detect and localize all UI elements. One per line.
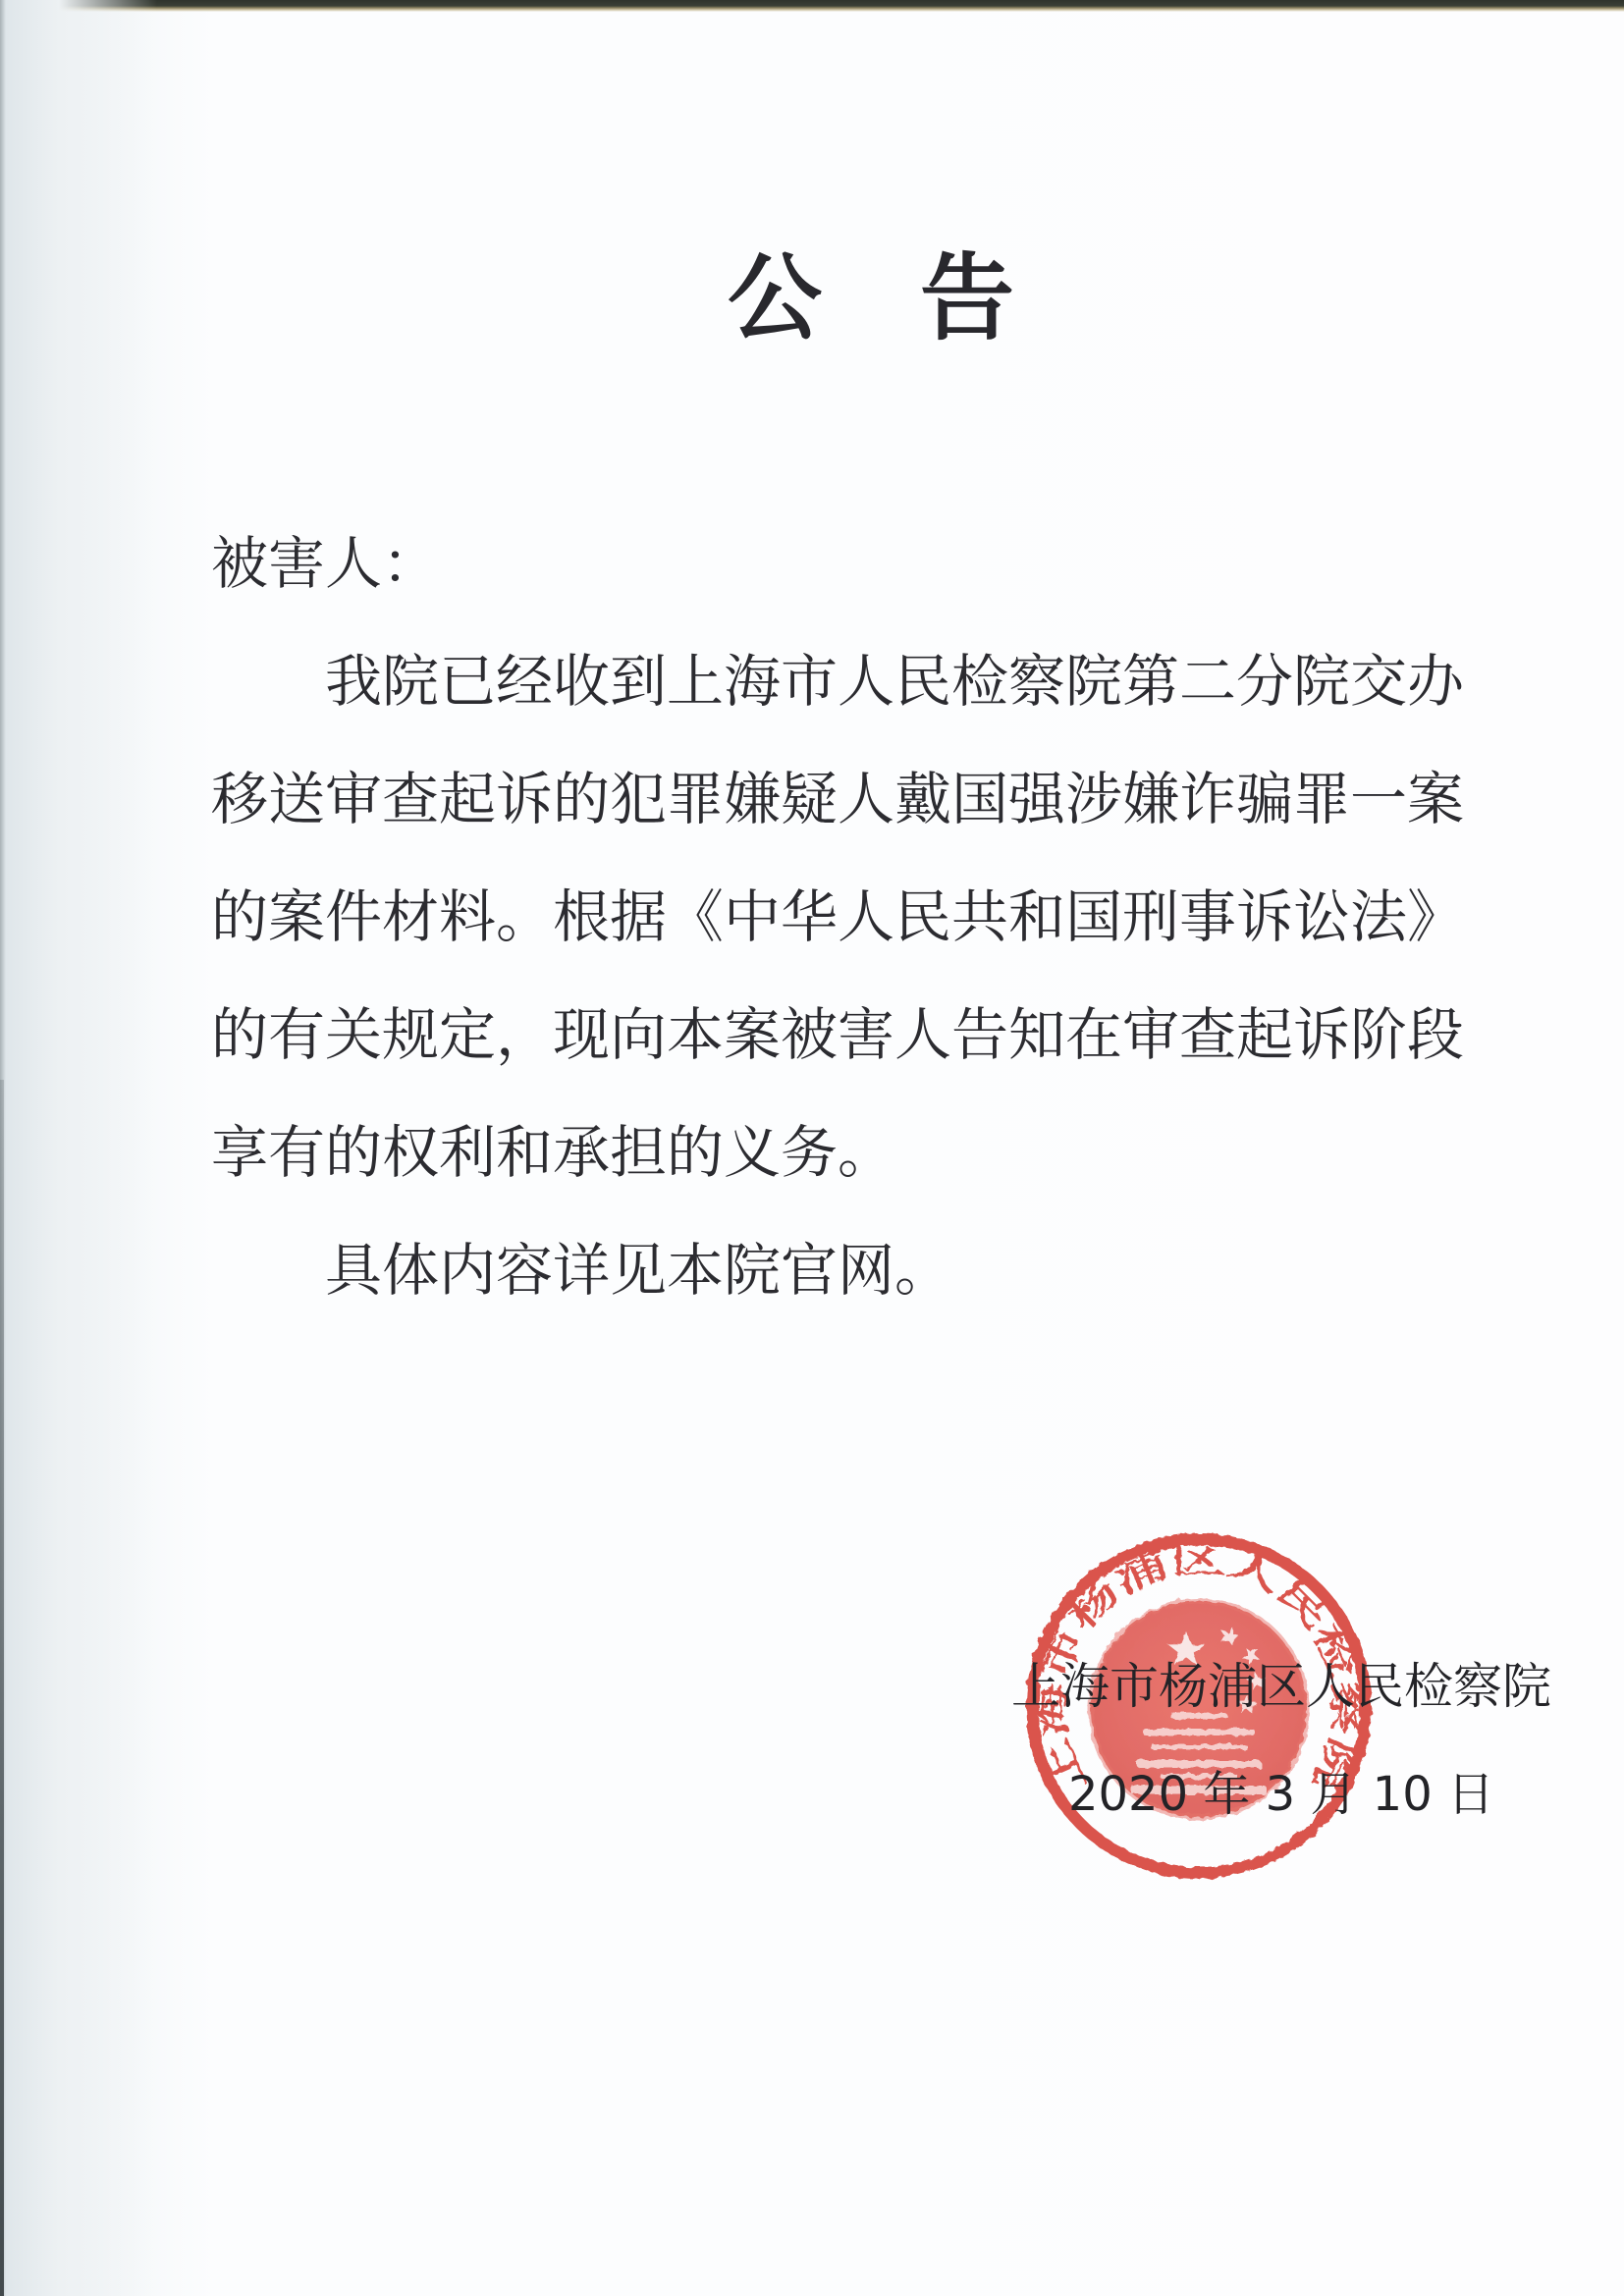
scan-edge-left-line: [0, 1080, 4, 2296]
body-line-2: 移送审查起诉的犯罪嫌疑人戴国强涉嫌诈骗罪一案: [211, 740, 1464, 858]
closing-line: 具体内容详见本院官网。: [211, 1211, 1464, 1329]
date: 2020 年 3 月 10 日: [1011, 1767, 1551, 1822]
body-line-3: 的案件材料。根据《中华人民共和国刑事诉讼法》: [211, 858, 1464, 976]
notice-body: 被害人： 我院已经收到上海市人民检察院第二分院交办 移送审查起诉的犯罪嫌疑人戴国…: [211, 505, 1464, 1329]
scan-edge-top: [0, 0, 1624, 12]
salutation: 被害人：: [211, 505, 1464, 622]
body-line-1: 我院已经收到上海市人民检察院第二分院交办: [211, 622, 1464, 740]
notice-title: 公 告: [60, 240, 1624, 357]
body-line-4: 的有关规定，现向本案被害人告知在审查起诉阶段: [211, 976, 1464, 1094]
signature: 上海市杨浦区人民检察院: [1011, 1657, 1551, 1716]
scanned-page: 公 告 被害人： 我院已经收到上海市人民检察院第二分院交办 移送审查起诉的犯罪嫌…: [0, 0, 1624, 2296]
body-line-5: 享有的权利和承担的义务。: [211, 1094, 1464, 1211]
signature-block: 上海市杨浦区人民检察院 2020 年 3 月 10 日: [1011, 1657, 1551, 1822]
